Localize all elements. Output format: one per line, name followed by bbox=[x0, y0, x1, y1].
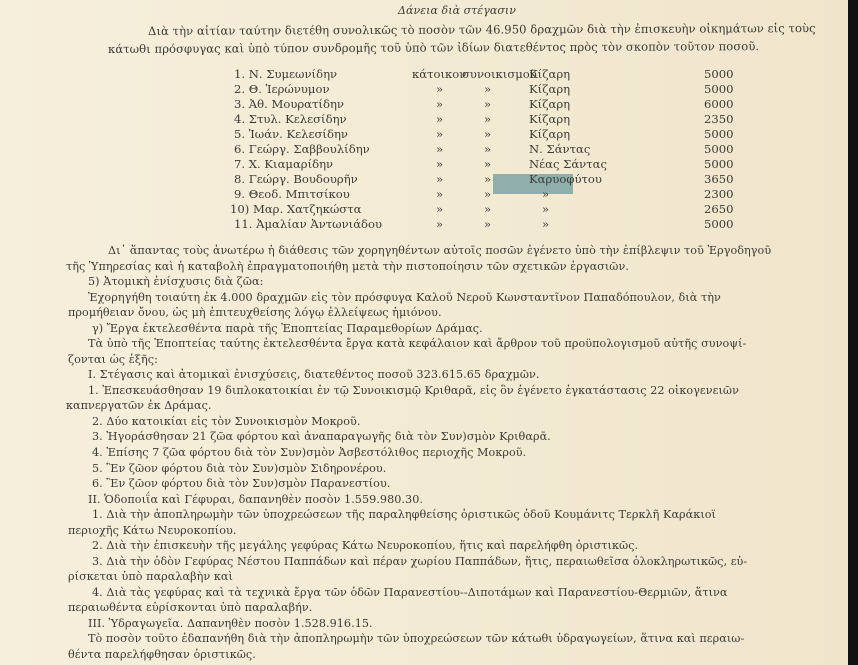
settlement-label: συνοικισμοῦ bbox=[462, 67, 537, 81]
settlement-place: Κίζαρη bbox=[529, 127, 570, 141]
loan-amount: 2650 bbox=[704, 202, 734, 216]
settlement-place: Κίζαρη bbox=[529, 67, 570, 81]
residence-label: » bbox=[436, 82, 443, 96]
settlement-place: Κίζαρη bbox=[529, 82, 570, 96]
residence-label: » bbox=[436, 202, 443, 216]
settlement-label: » bbox=[484, 187, 491, 201]
residence-label: κάτοικον bbox=[412, 67, 466, 81]
refugee-name: 11. Ἀμαλίαν Ἀντωνιάδου bbox=[234, 217, 382, 231]
paragraph-section-III: Τὸ ποσὸν τοῦτο ἐδαπανήθη διὰ τὴν ἀποπληρ… bbox=[88, 632, 744, 646]
item-II-1: 1. Διὰ τὴν ἀποπληρωμὴν τῶν ὑποχρεώσεων τ… bbox=[92, 508, 716, 522]
paragraph-section-III-cont: θέντα παρελήφθησαν ὁριστικῶς. bbox=[68, 648, 256, 662]
item-II-4: 4. Διὰ τὰς γεφύρας καὶ τὰ τεχνικὰ ἔργα τ… bbox=[92, 586, 728, 600]
settlement-place: Καρυοφύτου bbox=[529, 172, 602, 186]
refugee-name: 4. Στυλ. Κελεσίδην bbox=[234, 112, 347, 126]
intro-line-2: κάτωθι πρόσφυγας καὶ ὑπὸ τύπον συνδρομῆς… bbox=[108, 39, 759, 56]
residence-label: » bbox=[436, 187, 443, 201]
residence-label: » bbox=[436, 97, 443, 111]
loan-amount: 5000 bbox=[704, 157, 734, 171]
loan-amount: 3650 bbox=[704, 172, 734, 186]
refugee-name: 6. Γεώργ. Σαββουλίδην bbox=[234, 142, 370, 156]
item-I-3: 3. Ἠγοράσθησαν 21 ζῶα φόρτου καὶ ἀναπαρα… bbox=[92, 430, 551, 444]
settlement-place: » bbox=[542, 187, 549, 201]
settlement-label: » bbox=[484, 142, 491, 156]
scan-edge-shadow bbox=[848, 0, 858, 665]
settlement-label: » bbox=[484, 172, 491, 186]
residence-label: » bbox=[436, 172, 443, 186]
loan-amount: 2350 bbox=[704, 112, 734, 126]
item-II-1-cont: περιοχῆς Κάτω Νευροκοπίου. bbox=[68, 524, 237, 538]
refugee-name: 5. Ἰωάν. Κελεσίδην bbox=[234, 127, 348, 141]
settlement-place: » bbox=[542, 217, 549, 231]
loan-amount: 2300 bbox=[704, 187, 734, 201]
item-II-4-cont: περαιωθέντα εὑρίσκονται ὑπὸ παραλαβήν. bbox=[68, 601, 312, 615]
paragraph-supervision-cont: τῆς Ὑπηρεσίας καὶ ἡ καταβολὴ ἐπραγματοπο… bbox=[66, 260, 629, 274]
settlement-label: » bbox=[484, 82, 491, 96]
loan-amount: 6000 bbox=[704, 97, 734, 111]
settlement-label: » bbox=[484, 112, 491, 126]
loan-amount: 5000 bbox=[704, 217, 734, 231]
refugee-loans-table: 1. Ν. Συμεωνίδην κάτοικον συνοικισμοῦ Κί… bbox=[234, 67, 754, 247]
residence-label: » bbox=[436, 142, 443, 156]
settlement-label: » bbox=[484, 202, 491, 216]
settlement-place: » bbox=[542, 202, 549, 216]
refugee-name: 9. Θεοδ. Μπιτσίκου bbox=[234, 187, 350, 201]
residence-label: » bbox=[436, 112, 443, 126]
settlement-label: » bbox=[484, 157, 491, 171]
heading-section-II: II. Ὁδοποιΐα καὶ Γέφυραι, δαπανηθὲν ποσὸ… bbox=[88, 493, 423, 507]
settlement-label: » bbox=[484, 97, 491, 111]
settlement-place: Νέας Σάντας bbox=[529, 157, 607, 171]
heading-border-works: γ) Ἔργα ἐκτελεσθέντα παρὰ τῆς Ἐποπτείας … bbox=[92, 322, 483, 336]
residence-label: » bbox=[436, 127, 443, 141]
loan-amount: 5000 bbox=[704, 82, 734, 96]
item-II-3-cont: ρίσκεται ὑπὸ παραλαβὴν καὶ bbox=[68, 570, 233, 584]
refugee-name: 2. Θ. Ἱερώνυμον bbox=[234, 82, 330, 96]
loan-amount: 5000 bbox=[704, 127, 734, 141]
settlement-place: Κίζαρη bbox=[529, 112, 570, 126]
paragraph-supervision: Δι᾽ ἅπαντας τοὺς ἀνωτέρω ἡ διάθεσις τῶν … bbox=[108, 244, 771, 258]
settlement-label: » bbox=[484, 217, 491, 231]
residence-label: » bbox=[436, 157, 443, 171]
refugee-name: 10) Μαρ. Χατζηκώστα bbox=[230, 202, 361, 216]
paragraph-animal-aid: Ἐχορηγήθη τοιαύτη ἐκ 4.000 δραχμῶν εἰς τ… bbox=[88, 291, 721, 305]
item-II-3: 3. Διὰ τὴν ὁδὸν Γεφύρας Νέστου Παππάδων … bbox=[92, 555, 747, 569]
heading-section-I: I. Στέγασις καὶ ἀτομικαὶ ἐνισχύσεις, δια… bbox=[88, 368, 540, 382]
item-I-1: 1. Ἐπεσκευάσθησαν 19 διπλοκατοικίαι ἐν τ… bbox=[88, 384, 739, 398]
paragraph-works-summary-cont: ζονται ὡς ἑξῆς: bbox=[68, 353, 158, 367]
item-I-6: 6. Ἓν ζῶον φόρτου διὰ τὸν Συν)σμὸν Παραν… bbox=[92, 477, 390, 491]
section-title: Δάνεια διὰ στέγασιν bbox=[398, 4, 516, 18]
item-I-1-cont: καπνεργατῶν ἐκ Δράμας. bbox=[66, 399, 212, 413]
paragraph-animal-aid-cont: προμήθειαν ὄνου, ὡς μὴ ἐπιτευχθείσης λόγ… bbox=[68, 306, 442, 320]
intro-line-1: Διὰ τὴν αἰτίαν ταύτην διετέθη συνολικῶς … bbox=[148, 21, 816, 38]
refugee-name: 8. Γεώργ. Βουδουρῆν bbox=[234, 172, 358, 186]
scanned-page: Δάνεια διὰ στέγασιν Διὰ τὴν αἰτίαν ταύτη… bbox=[0, 0, 848, 665]
item-I-2: 2. Δύο κατοικίαι εἰς τὸν Συνοικισμὸν Μοκ… bbox=[92, 415, 361, 429]
residence-label: » bbox=[436, 217, 443, 231]
settlement-place: Ν. Σάντας bbox=[529, 142, 590, 156]
item-II-2: 2. Διὰ τὴν ἐπισκευὴν τῆς μεγάλης γεφύρας… bbox=[92, 539, 638, 553]
item-I-4: 4. Ἐπίσης 7 ζῶα φόρτου διὰ τὸν Συν)σμὸν … bbox=[92, 446, 526, 460]
heading-section-III: III. Ὑδραγωγεῖα. Δαπανηθὲν ποσὸν 1.528.9… bbox=[88, 617, 373, 631]
heading-animal-aid: 5) Ἀτομικὴ ἐνίσχυσις διὰ ζῶα: bbox=[88, 275, 263, 289]
loan-amount: 5000 bbox=[704, 67, 734, 81]
loan-amount: 5000 bbox=[704, 142, 734, 156]
refugee-name: 7. Χ. Κιαμαρίδην bbox=[234, 157, 333, 171]
refugee-name: 1. Ν. Συμεωνίδην bbox=[234, 67, 337, 81]
settlement-label: » bbox=[484, 127, 491, 141]
settlement-place: Κίζαρη bbox=[529, 97, 570, 111]
refugee-name: 3. Ἀθ. Μουρατίδην bbox=[234, 97, 344, 111]
paragraph-works-summary: Τὰ ὑπὸ τῆς Ἐποπτείας ταύτης ἐκτελεσθέντα… bbox=[88, 337, 746, 351]
item-I-5: 5. Ἓν ζῶον φόρτου διὰ τὸν Συν)σμὸν Σιδηρ… bbox=[92, 462, 386, 476]
